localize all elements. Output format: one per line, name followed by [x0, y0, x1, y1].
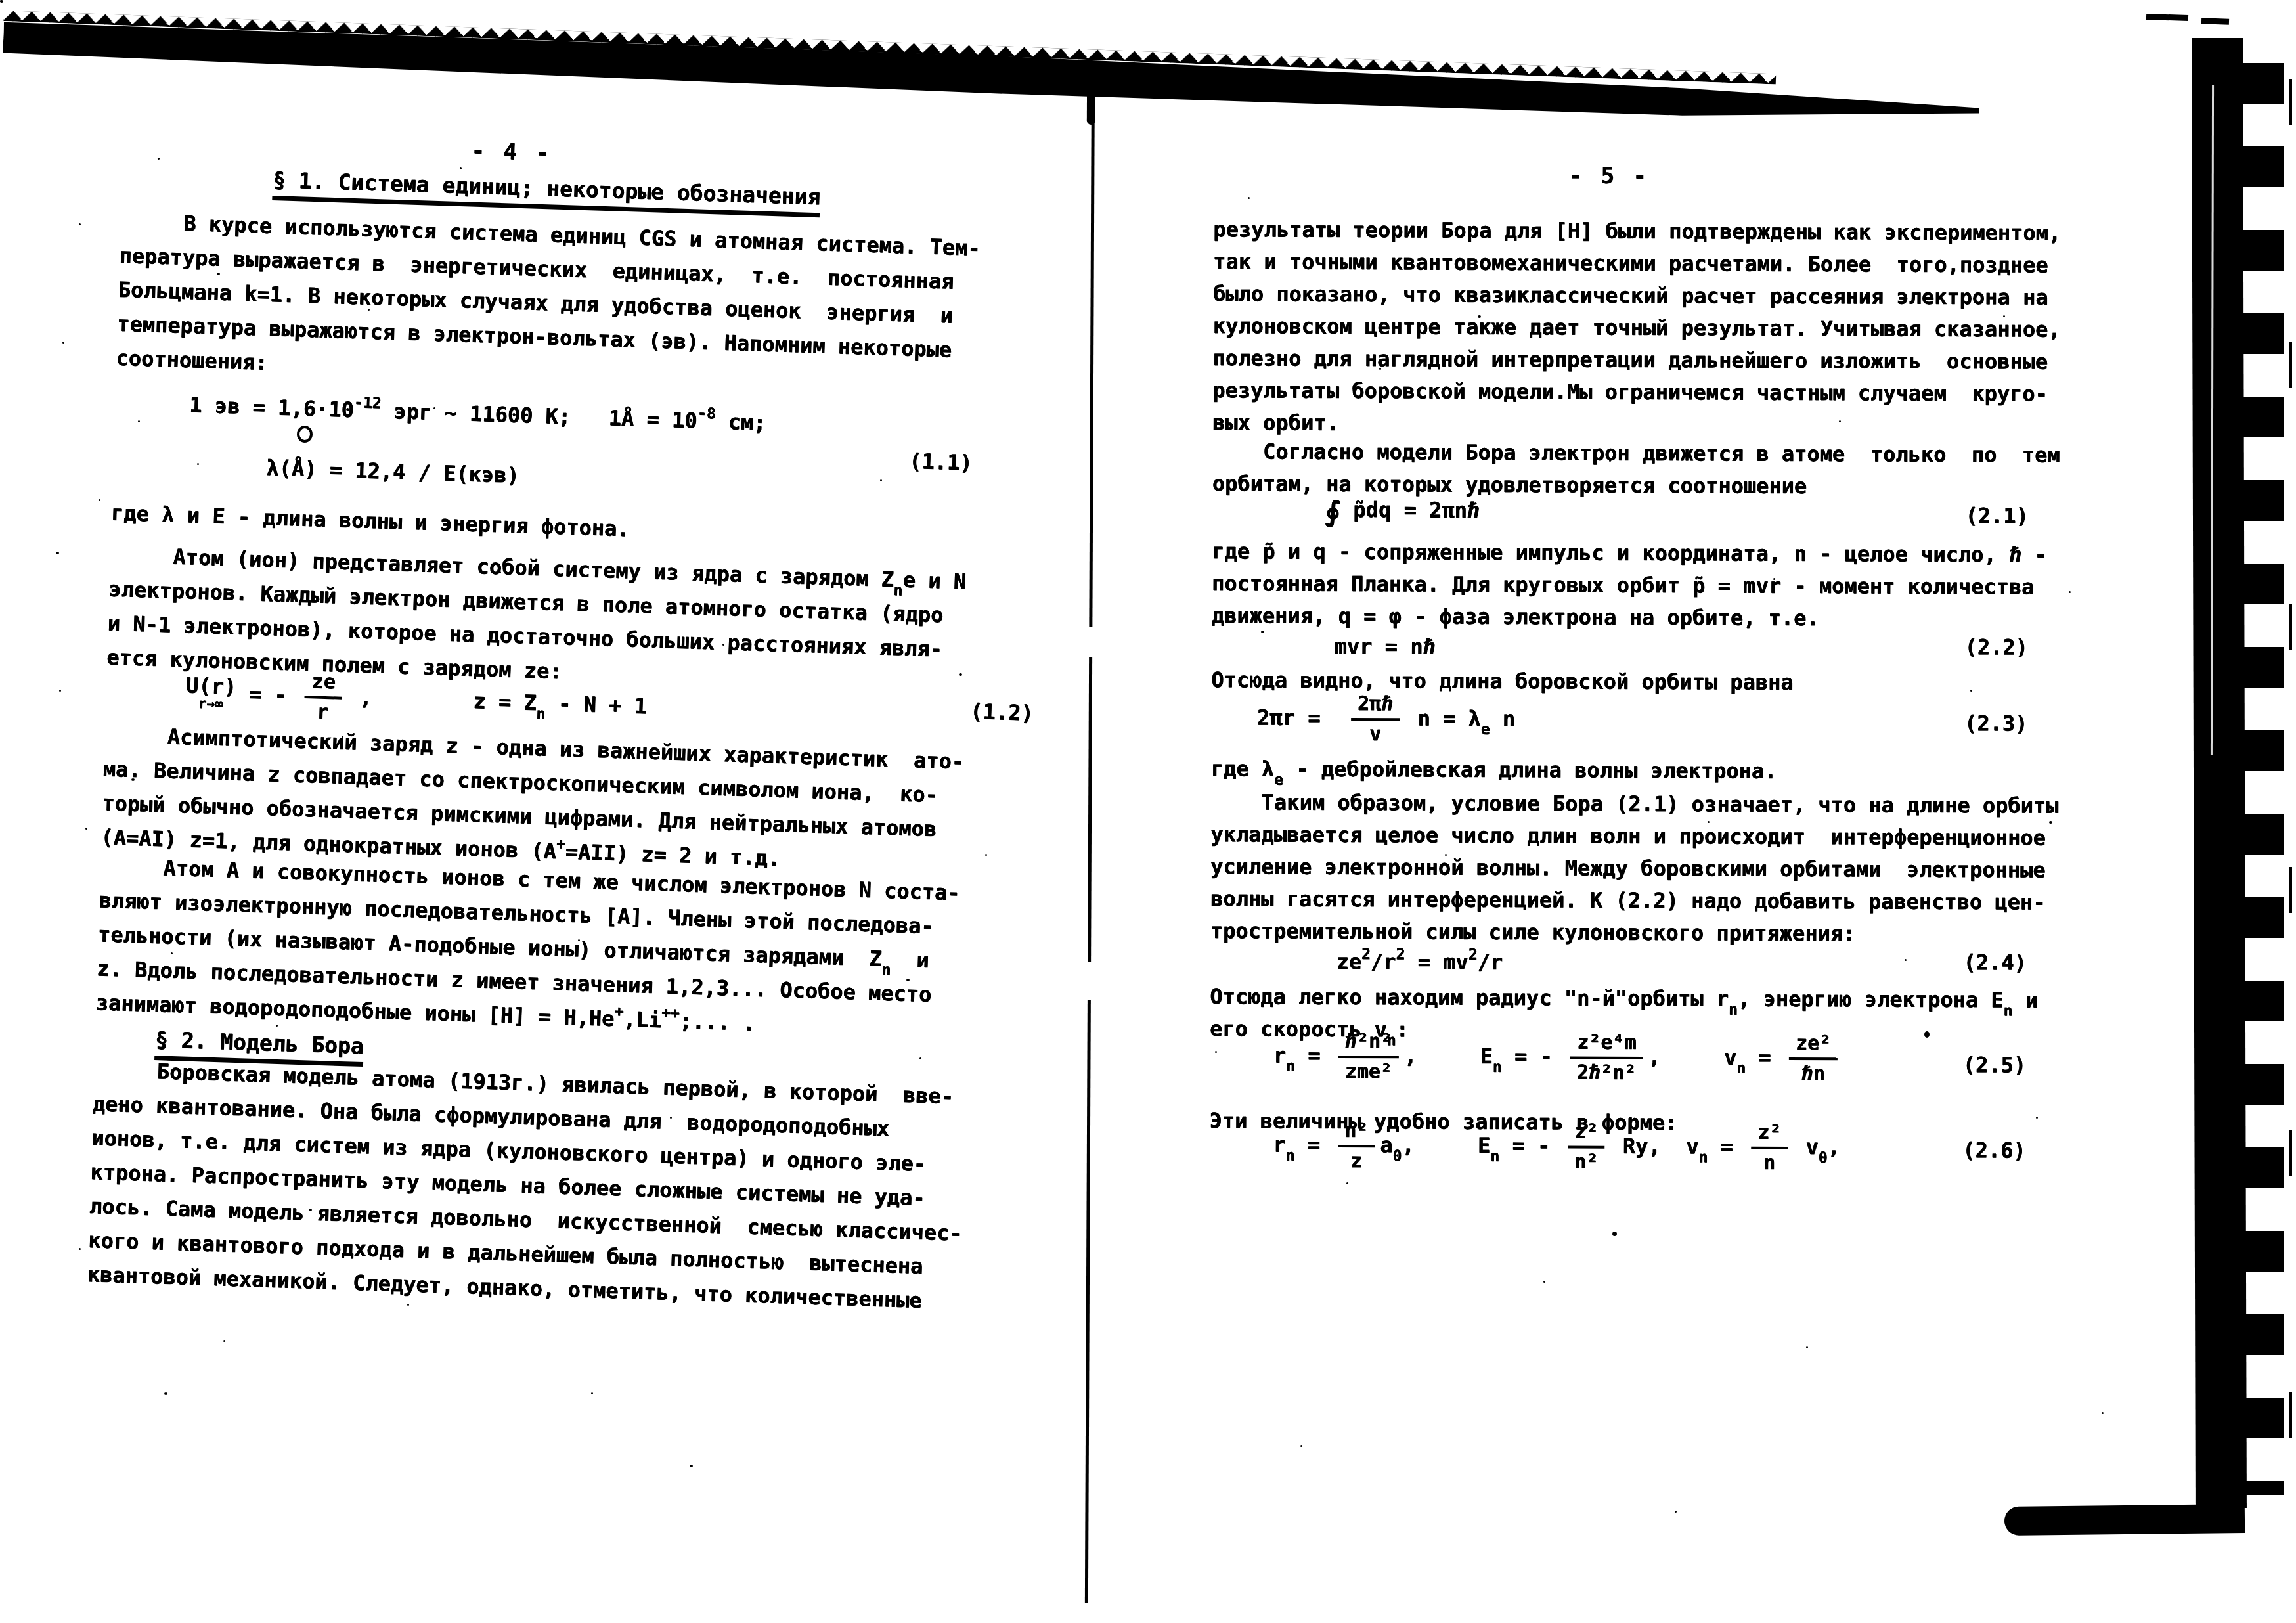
scan-noise-specks [0, 0, 3, 3]
top-right-dash [2201, 18, 2229, 24]
line-de-broglie: где λe - дебройлевская длина волны элект… [1211, 753, 2157, 789]
equation-2-5-label: (2.5) [1963, 1052, 2026, 1077]
section-1-heading: § 1. Система единиц; некоторые обозначен… [273, 167, 821, 210]
section-2-heading: § 2. Модель Бора [154, 1027, 364, 1059]
equation-2-1: ∮ p̃dq = 2πnℏ [1325, 495, 1480, 527]
equation-2-4-label: (2.4) [1963, 950, 2026, 975]
paragraph-units-intro: В курсе используются система единиц CGS … [116, 204, 1066, 405]
page-number: - 4 - [104, 126, 919, 178]
scanned-book-spread: - 4 - § 1. Система единиц; некоторые обо… [0, 0, 2296, 1623]
left-page: - 4 - § 1. Система единиц; некоторые обо… [67, 120, 1103, 1366]
binding-comb-spine [2192, 38, 2247, 1508]
equation-1-1-label: (1.1) [909, 449, 973, 476]
paragraph-bohr-results: результаты теории Бора для [H] были подт… [1212, 213, 2159, 443]
equation-2-3: 2πr = 2πℏv n = λe n [1257, 692, 1515, 747]
right-page: - 5 - результаты теории Бора для [H] был… [1197, 135, 2200, 1256]
paragraph-bohr-orbits: Согласно модели Бора электрон движется в… [1212, 435, 2158, 504]
equation-1-1-line1: 1 эв = 1,6·10-12 эрг ~ 11600 K; 1Å = 10-… [189, 390, 766, 437]
binding-comb-teeth [2242, 63, 2284, 1495]
paragraph-isoelectronic: Атом A и совокупность ионов с тем же чис… [95, 849, 1059, 1050]
equation-1-2-label: (1.2) [970, 699, 1034, 726]
equation-2-3-label: (2.3) [1964, 711, 2027, 736]
equation-2-2: mvr = nℏ [1335, 632, 1436, 661]
bottom-right-scan-bar [2004, 1504, 2245, 1536]
equation-2-1-label: (2.1) [1965, 503, 2028, 528]
paragraph-planck-constant: где p̃ и q - сопряженные импульс и коорд… [1212, 535, 2158, 636]
paragraph-bohr-model-intro: Боровская модель атома (1913г.) явилась … [87, 1052, 1053, 1322]
page-number: - 5 - [1202, 161, 2016, 190]
top-right-dash [2146, 14, 2188, 21]
equation-2-4: ze2/r2 = mv2/r [1336, 947, 1503, 977]
equation-2-6-label: (2.6) [1962, 1138, 2025, 1163]
equation-1-1-line2: λ(Å) = 12,4 / E(кэв) [266, 453, 520, 490]
equation-2-2-label: (2.2) [1965, 634, 2028, 659]
equation-2-6: rn = n²za0, En = - z²n² Ry, vn = z²n v0, [1273, 1119, 1840, 1175]
paragraph-interference: Таким образом, условие Бора (2.1) означа… [1210, 786, 2157, 951]
equation-2-5: rn = ℏ²n²zme², En = - z²e⁴m2ℏ²n², vn = z… [1273, 1029, 1843, 1086]
right-edge-dashed-line [2289, 79, 2292, 1609]
section-1-heading-text: § 1. Система единиц; некоторые обозначен… [272, 167, 821, 217]
